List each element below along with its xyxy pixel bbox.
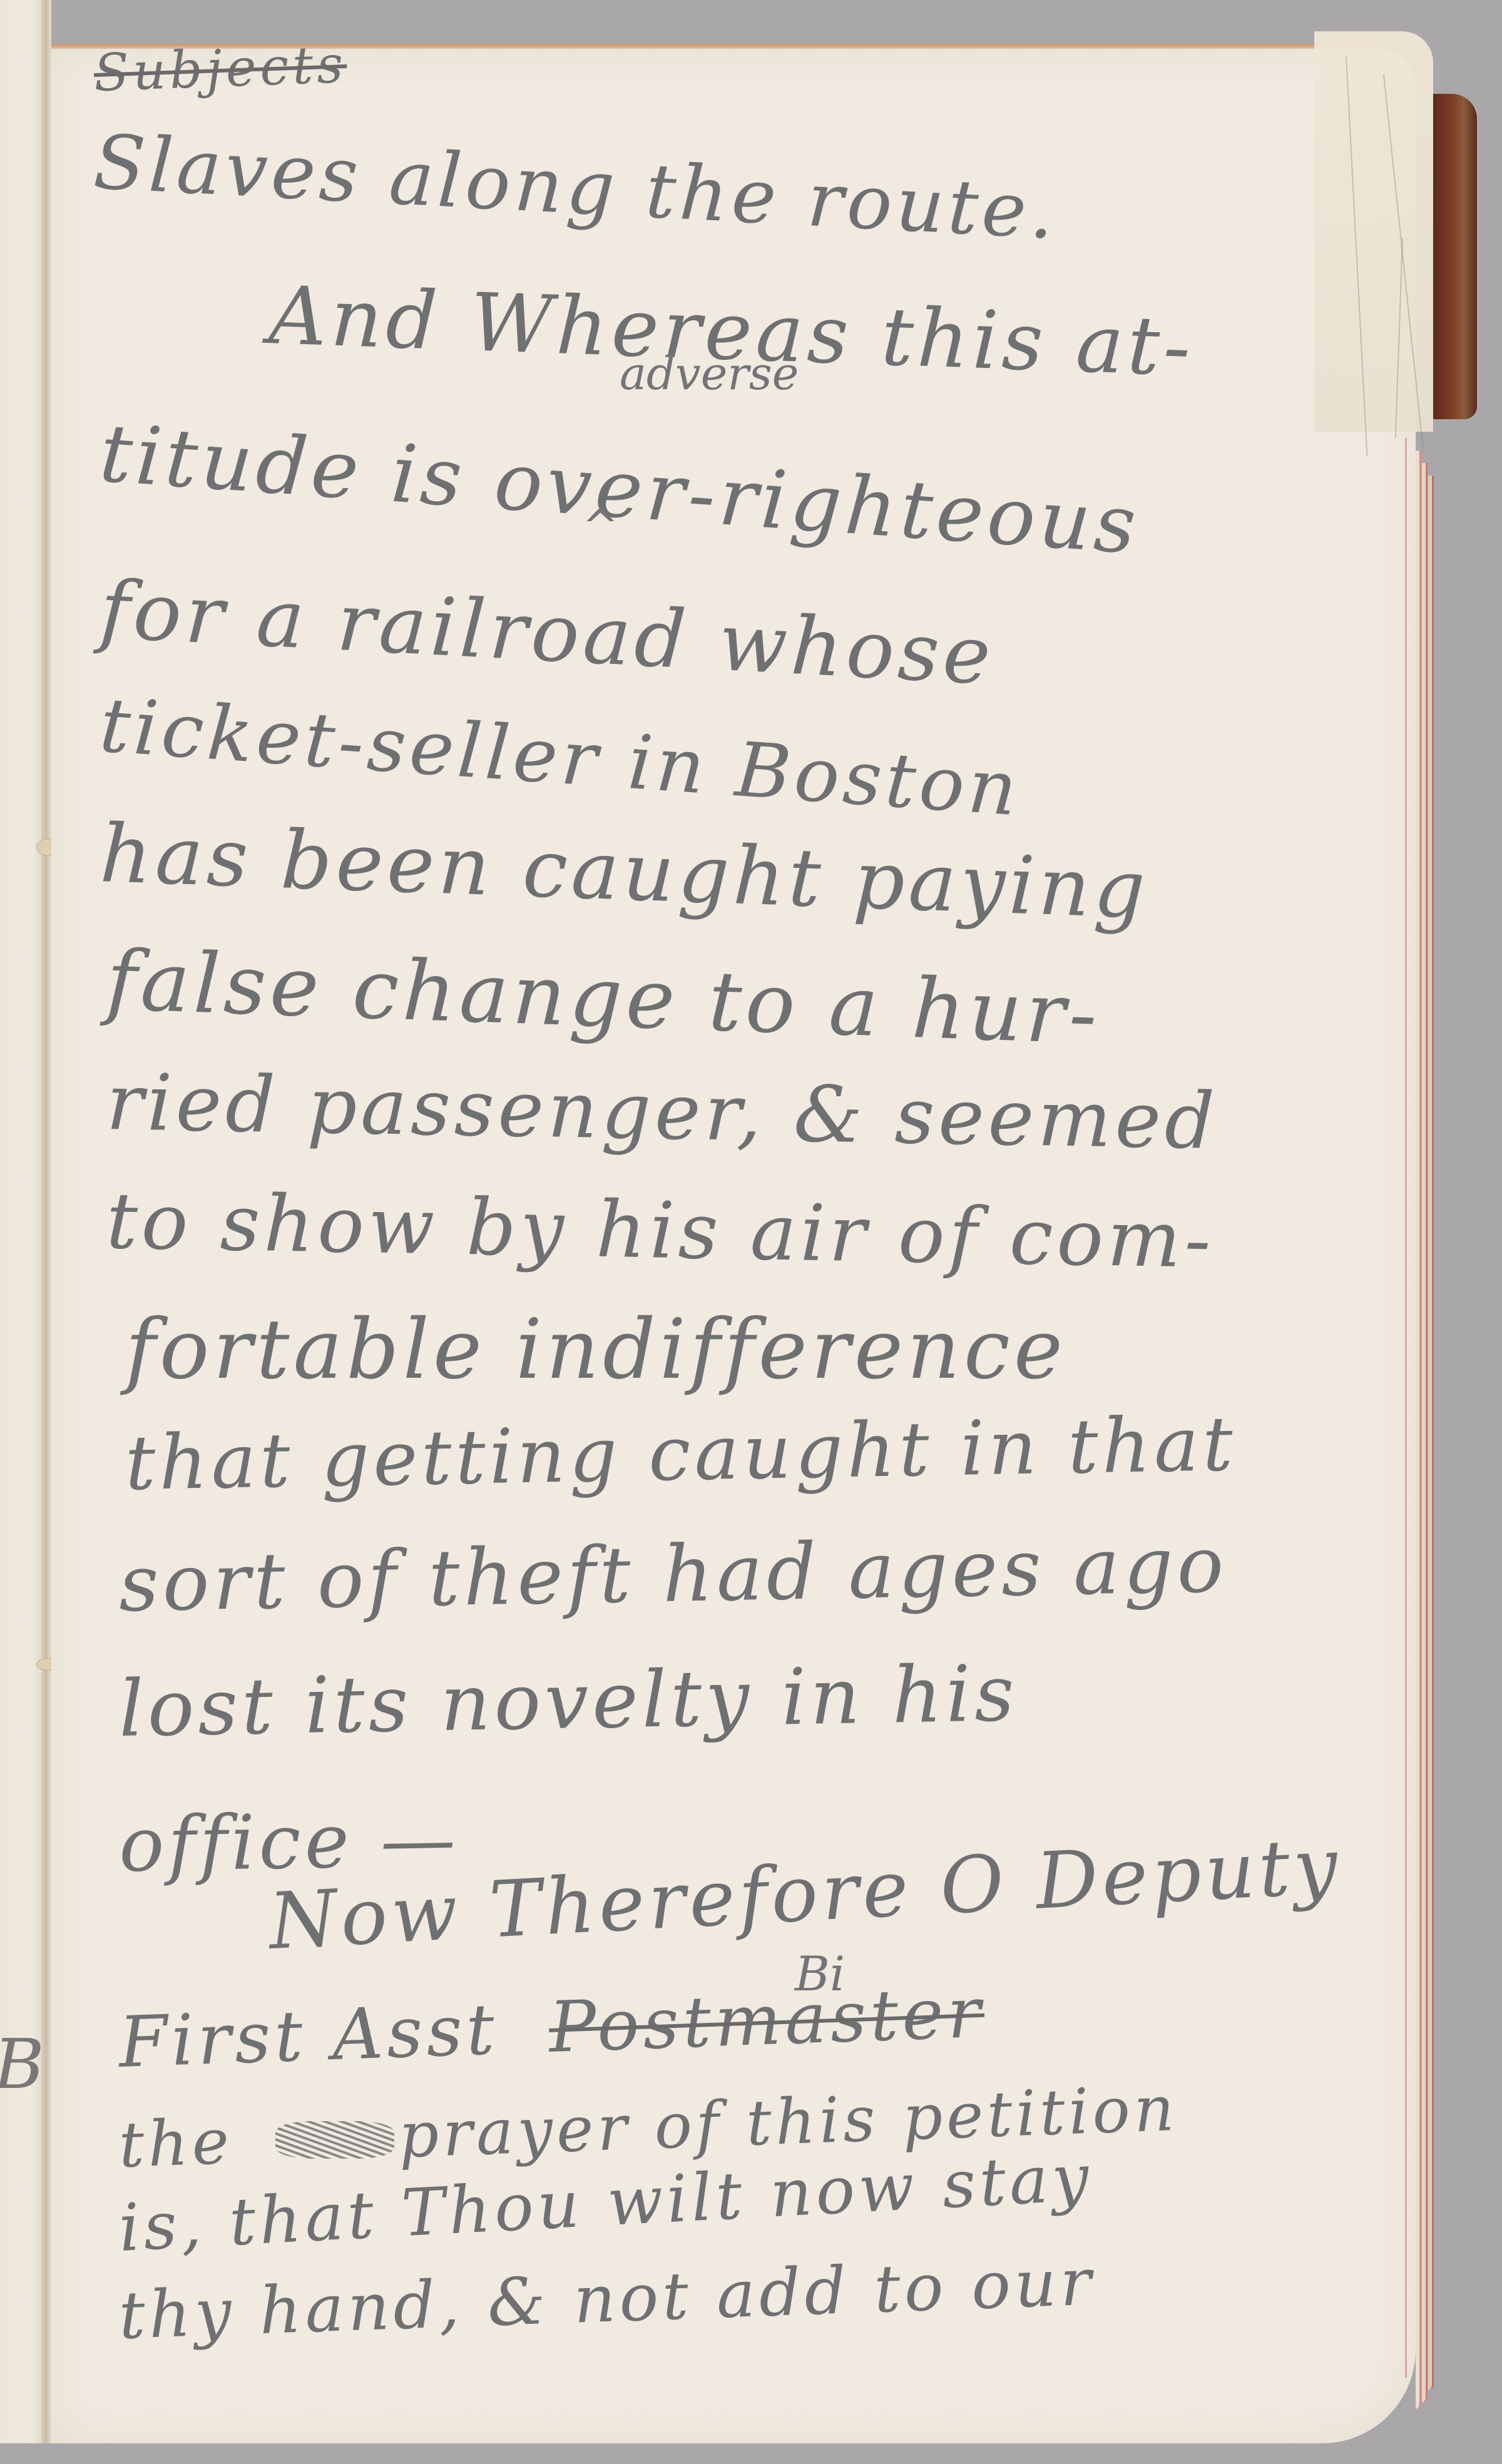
handwritten-line-struck: Subjects — [93, 35, 347, 103]
handwritten-line: lost its novelty in his — [118, 1649, 1019, 1754]
handwritten-line: fortable indifference — [125, 1301, 1066, 1398]
line-text: First Asst — [118, 1989, 499, 2084]
page-margin-line — [1405, 438, 1407, 2378]
gutter — [41, 0, 51, 2443]
page-edge — [1422, 463, 1428, 2403]
interlinear-insertion: adverse — [620, 347, 799, 400]
interlinear-insertion: Bi — [795, 1946, 845, 2002]
facing-page: B — [0, 0, 45, 2443]
scribbled-out-word — [275, 2121, 394, 2159]
insertion-caret-icon: ^ — [582, 501, 619, 552]
page-edge — [1428, 476, 1434, 2390]
line-text: the — [118, 2105, 234, 2182]
struck-word: Postmaster — [548, 1972, 986, 2069]
facing-page-fragment: B — [0, 2024, 44, 2104]
leather-cover — [1433, 94, 1477, 419]
page-edge — [1416, 451, 1421, 2409]
